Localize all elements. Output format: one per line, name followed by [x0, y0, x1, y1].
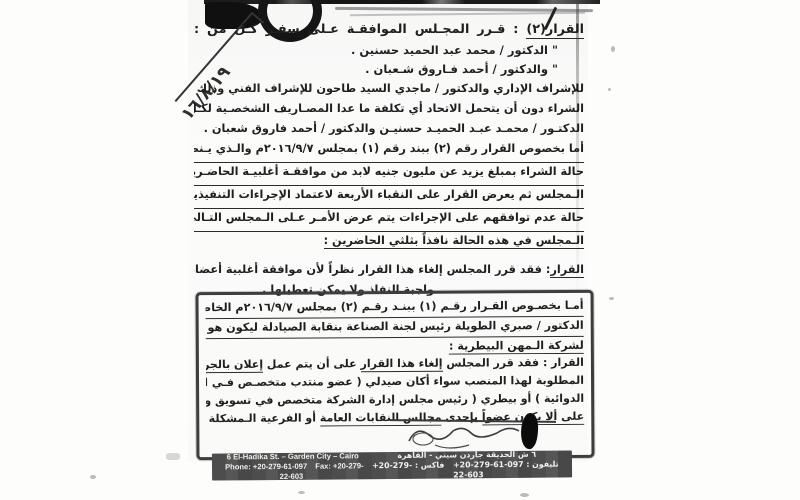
text-run: " الدكتور / محمد عبد الحميد حسنين .: [351, 43, 558, 57]
text-run: القرار : فقد قرر المجلس: [442, 356, 583, 370]
paper-speck: [608, 88, 611, 91]
paper-speck: [609, 297, 614, 300]
text-run: للإشراف الإداري والدكتور / ماجدي السيد ط…: [194, 82, 584, 95]
document-line: الـمجلس ثم يعرض القرار على النقباء الأرب…: [194, 186, 584, 209]
paper-speck: [520, 493, 529, 497]
paper-speck: [166, 453, 180, 460]
document-line: الـمجلس في هذه الحالة نافذاً بثلثي الحاض…: [194, 232, 584, 254]
footer-address-en: 6 El-Hadika St. – Garden City – Cairo: [218, 451, 368, 462]
document-line: للإشراف الإداري والدكتور / ماجدي السيد ط…: [194, 80, 584, 100]
text-run: أما بخصوص القرار رقم (٢) ببند رقم (١) بم…: [194, 142, 584, 155]
document-line: القرار(٢) : قـرر المجـلس الموافقـة عـلى …: [194, 20, 584, 42]
underlined-text: إلغاء هذا القرار: [360, 357, 442, 373]
document-line: أما بخصوص القرار رقم (٢) ببند رقم (١) بم…: [194, 140, 584, 163]
document-line: حالة عدم توافقهم على الإجراءات يتم عرض ا…: [194, 209, 584, 232]
footer-phone-ar: تليفون : ‎+20-279-61-097‎: [453, 459, 559, 469]
text-run: حالة الشراء بمبلغ يزيد عن مليون جنيه لاب…: [194, 165, 584, 178]
paper-speck: [298, 491, 305, 494]
text-run: الدكتور / صبري الطويلة رئيس لجنة الصناعة…: [206, 319, 584, 335]
text-run: حالة عدم توافقهم على الإجراءات يتم عرض ا…: [194, 211, 584, 224]
document-line: الدكتـور / محمـد عبـد الحميـد حسنيـن وال…: [194, 120, 584, 140]
footer-phone-en: Phone: +20-279-61-097: [225, 461, 307, 471]
document-line: حالة الشراء بمبلغ يزيد عن مليون جنيه لاب…: [194, 163, 584, 186]
document-line: " والدكتور / أحمد فـاروق شـعبان .: [194, 61, 584, 80]
text-run: على أن يتم عمل: [263, 357, 360, 371]
footer-contact-en: Phone: +20-279-61-097 Fax: +20-279-22-60…: [218, 461, 368, 482]
underlined-text: الـمجلس في هذه الحالة نافذاً بثلثي الحاض…: [324, 234, 584, 249]
text-run: الدكتـور / محمـد عبـد الحميـد حسنيـن وال…: [204, 122, 584, 135]
document-line: الدوائية ) أو بيطري ( رئيس مجلس إدارة ال…: [206, 390, 584, 410]
text-run: : فقد قرر المجلس إلغاء هذا القرار نظراً …: [194, 263, 550, 276]
text-run: الـمجلس ثم يعرض القرار على النقباء الأرب…: [194, 188, 584, 201]
document-line: " الدكتور / محمد عبد الحميد حسنين .: [194, 42, 584, 61]
footer-address-block-ar: ٦ ش الحديقة جاردن سيتي - القاهرة تليفون …: [368, 449, 567, 481]
document-line: القرار : فقد قرر المجلس إلغاء هذا القرار…: [206, 354, 584, 374]
document-line: المطلوبة لهذا المنصب سواء أكان صيدلي ( ع…: [206, 372, 584, 392]
footer-address-bar: 6 El-Hadika St. – Garden City – Cairo Ph…: [212, 450, 572, 480]
underlined-text: القرار(٢): [526, 22, 584, 39]
document-line: أمـا بخصـوص القـرار رقـم (١) ببنـد رقـم …: [206, 297, 584, 319]
document-line: الشراء دون أن يتحمل الاتحاد أي تكلفة ما …: [194, 100, 584, 120]
text-run: الشراء دون أن يتحمل الاتحاد أي تكلفة ما …: [194, 102, 584, 115]
text-run: : قـرر المجـلس الموافقـة عـلى سفـر كـل م…: [194, 22, 526, 37]
underlined-text: القرار: [550, 263, 584, 278]
paper-speck: [611, 46, 615, 52]
text-run: الدوائية ) أو بيطري ( رئيس مجلس إدارة ال…: [206, 392, 584, 408]
underlined-text: لشركة الـمهن البيطرية :: [449, 339, 584, 355]
text-run: أو الفرعية الـمشكلة للاتحاد .: [206, 411, 320, 425]
signature-scribble: [405, 417, 525, 453]
document-body: القرار(٢) : قـرر المجـلس الموافقـة عـلى …: [194, 20, 584, 299]
document-line: القرار: فقد قرر المجلس إلغاء هذا القرار …: [194, 261, 584, 281]
paper-speck: [90, 475, 96, 479]
scanned-document-page: ١٦/٨/١٩ القرار(٢) : قـرر المجـلس الموافق…: [0, 0, 800, 500]
text-run: المطلوبة لهذا المنصب سواء أكان صيدلي ( ع…: [206, 374, 584, 390]
footer-contact-ar: تليفون : ‎+20-279-61-097‎ فاكس : ‎+20-27…: [368, 459, 566, 481]
text-run: أمـا بخصـوص القـرار رقـم (١) ببنـد رقـم …: [206, 299, 584, 315]
underlined-text: إعلان بالجرائد: [206, 358, 263, 373]
document-line: لشركة الـمهن البيطرية :: [206, 337, 584, 356]
document-line: الدكتور / صبري الطويلة رئيس لجنة الصناعة…: [206, 317, 584, 339]
text-run: " والدكتور / أحمد فـاروق شـعبان .: [365, 62, 558, 76]
footer-address-block-en: 6 El-Hadika St. – Garden City – Cairo Ph…: [218, 451, 368, 482]
